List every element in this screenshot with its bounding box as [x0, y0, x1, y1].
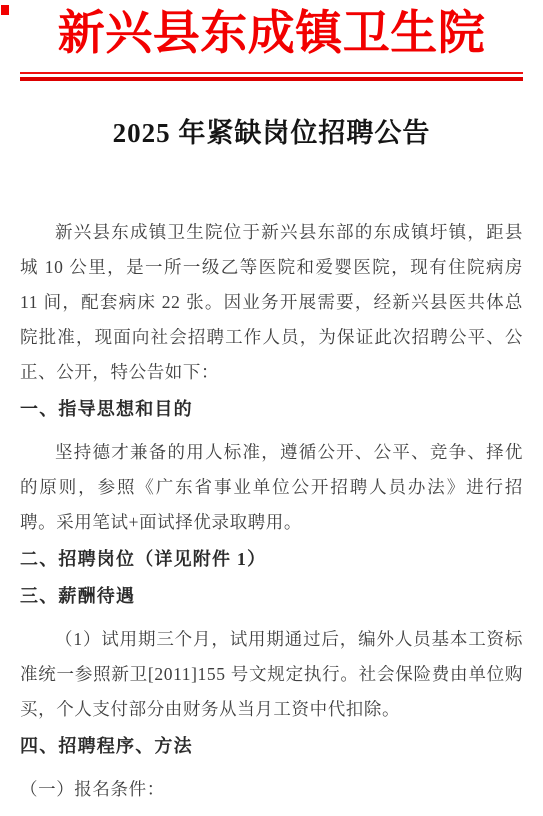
corner-red-mark	[1, 5, 9, 15]
section-heading-salary: 三、薪酬待遇	[20, 585, 523, 607]
intro-paragraph: 新兴县东成镇卫生院位于新兴县东部的东成镇圩镇，距县城 10 公里，是一所一级乙等…	[20, 215, 523, 390]
document-page: 新兴县东成镇卫生院 2025 年紧缺岗位招聘公告 新兴县东成镇卫生院位于新兴县东…	[0, 0, 543, 816]
announcement-title: 2025 年紧缺岗位招聘公告	[20, 113, 523, 153]
guiding-principles-paragraph: 坚持德才兼备的用人标准，遵循公开、公平、竞争、择优的原则，参照《广东省事业单位公…	[20, 435, 523, 540]
application-conditions-line: （一）报名条件：	[20, 772, 523, 807]
salary-paragraph: （1）试用期三个月，试用期通过后，编外人员基本工资标准统一参照新卫[2011]1…	[20, 622, 523, 727]
section-heading-procedure: 四、招聘程序、方法	[20, 735, 523, 757]
org-name-header: 新兴县东成镇卫生院	[18, 0, 525, 62]
document-body: 新兴县东成镇卫生院位于新兴县东部的东成镇圩镇，距县城 10 公里，是一所一级乙等…	[20, 215, 523, 807]
section-heading-guiding-principles: 一、指导思想和目的	[20, 398, 523, 420]
header-double-rule	[20, 72, 523, 81]
section-heading-positions: 二、招聘岗位（详见附件 1）	[20, 548, 523, 570]
